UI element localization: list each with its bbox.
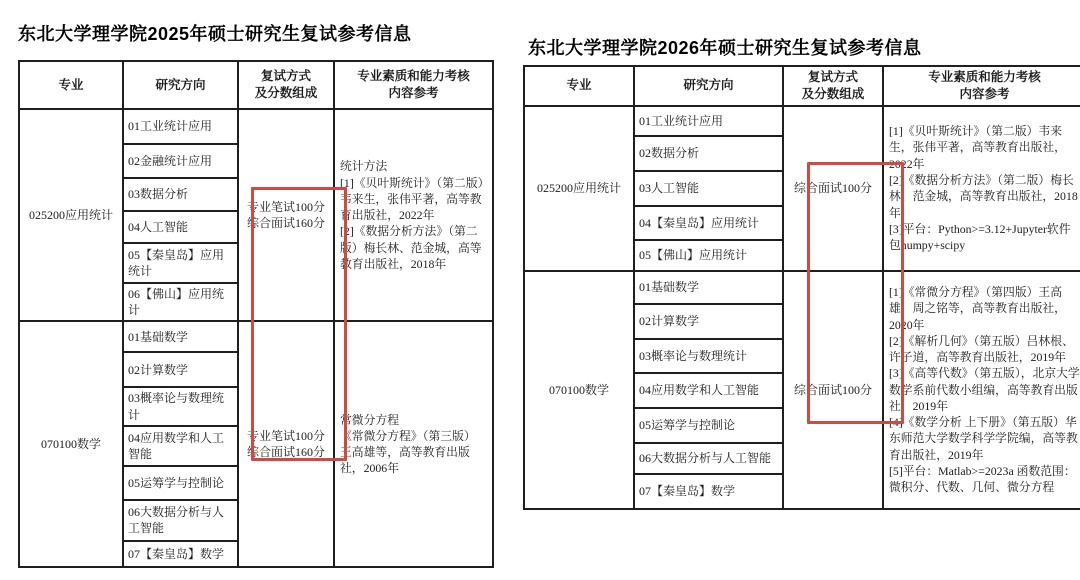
direction-cell: 03人工智能 [634,171,783,206]
direction-cell: 05【秦皇岛】应用统计 [123,243,238,283]
table-row: 025200应用统计 01工业统计应用 综合面试100分 [1]《贝叶斯统计》（… [524,106,1080,136]
direction-cell: 05运筹学与控制论 [634,408,783,443]
header-direction: 研究方向 [634,66,783,106]
direction-cell: 04应用数学和人工智能 [634,373,783,408]
table-row: 025200应用统计 01工业统计应用 专业笔试100分 综合面试160分 统计… [19,109,493,144]
table-2026: 专业 研究方向 复试方式 及分数组成 专业素质和能力考核 内容参考 025200… [523,65,1080,510]
direction-cell: 03概率论与数理统计 [634,339,783,373]
direction-cell: 06大数据分析与人工智能 [634,443,783,474]
direction-cell: 02数据分析 [634,136,783,171]
direction-cell: 06【佛山】应用统计 [123,283,238,321]
content-reference-cell: [1]《常微分方程》（第四版）王高雄，周之铭等，高等教育出版社，2020年 [2… [883,271,1080,509]
direction-cell: 06大数据分析与人工智能 [123,500,238,541]
header-method: 复试方式 及分数组成 [238,61,334,109]
header-major: 专业 [19,61,123,109]
header-method: 复试方式 及分数组成 [783,66,883,106]
direction-cell: 07【秦皇岛】数学 [123,541,238,567]
direction-cell: 01工业统计应用 [123,109,238,144]
content-reference-cell: 统计方法 [1]《贝叶斯统计》（第二版）韦来生，张伟平著，高等教育出版社，202… [334,109,493,321]
direction-cell: 03概率论与数理统计 [123,387,238,425]
direction-cell: 01工业统计应用 [634,106,783,136]
table-row: 070100数学 01基础数学 综合面试100分 [1]《常微分方程》（第四版）… [524,271,1080,304]
content-reference-cell: [1]《贝叶斯统计》（第二版）韦来生，张伟平著，高等教育出版社，2022年 [2… [883,106,1080,271]
major-cell-025200: 025200应用统计 [19,109,123,321]
table-2025-title: 东北大学理学院2025年硕士研究生复试参考信息 [18,20,412,46]
highlight-red-box-2025 [251,187,347,461]
direction-cell: 01基础数学 [634,271,783,304]
direction-cell: 02计算数学 [634,304,783,339]
header-direction: 研究方向 [123,61,238,109]
direction-cell: 02金融统计应用 [123,144,238,178]
direction-cell: 07【秦皇岛】数学 [634,474,783,509]
major-cell-070100: 070100数学 [19,321,123,566]
header-content: 专业素质和能力考核 内容参考 [883,66,1080,106]
direction-cell: 04【秦皇岛】应用统计 [634,206,783,240]
header-content: 专业素质和能力考核 内容参考 [334,61,493,109]
major-cell-025200: 025200应用统计 [524,106,634,271]
direction-cell: 02计算数学 [123,352,238,387]
page: 东北大学理学院2025年硕士研究生复试参考信息 专业 研究方向 复试方式 及分数… [0,0,1080,580]
direction-cell: 04人工智能 [123,211,238,243]
table-2026-header-row: 专业 研究方向 复试方式 及分数组成 专业素质和能力考核 内容参考 [524,66,1080,106]
direction-cell: 05【佛山】应用统计 [634,240,783,271]
table-2025-header-row: 专业 研究方向 复试方式 及分数组成 专业素质和能力考核 内容参考 [19,61,493,109]
direction-cell: 03数据分析 [123,178,238,211]
direction-cell: 01基础数学 [123,321,238,352]
direction-cell: 05运筹学与控制论 [123,466,238,500]
major-cell-070100: 070100数学 [524,271,634,509]
table-2026-title: 东北大学理学院2026年硕士研究生复试参考信息 [528,34,922,60]
header-major: 专业 [524,66,634,106]
highlight-red-box-2026 [807,162,904,424]
content-reference-cell: 常微分方程 《常微分方程》（第三版）王高雄等，高等教育出版社，2006年 [334,321,493,566]
direction-cell: 04应用数学和人工智能 [123,426,238,466]
